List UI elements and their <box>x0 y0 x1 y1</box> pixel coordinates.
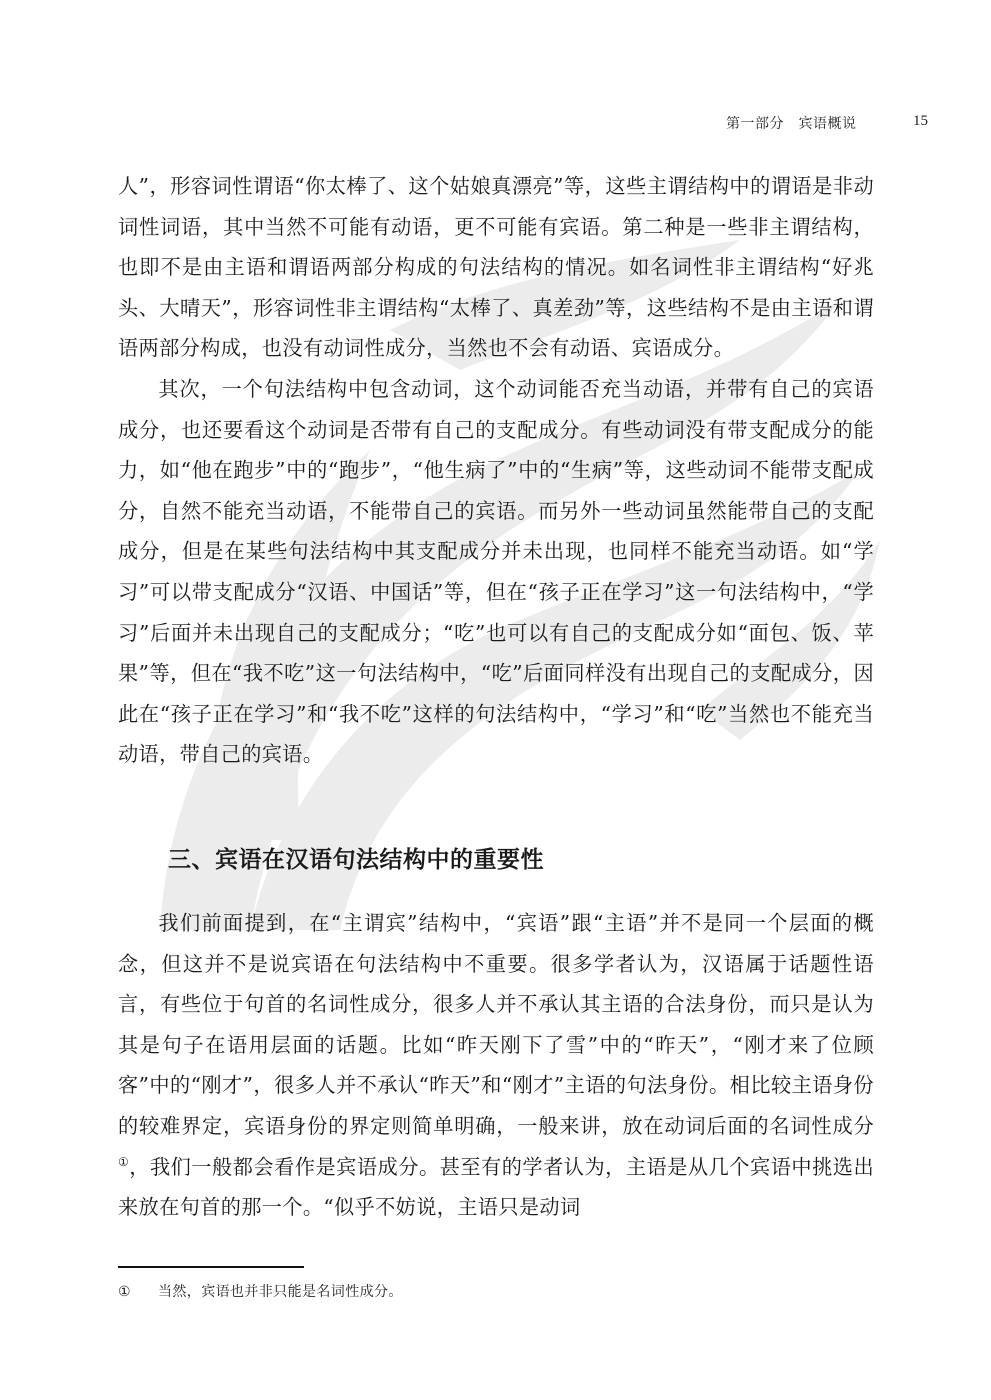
paragraph-text: ，我们一般都会看作是宾语成分。甚至有的学者认为，主语是从几个宾语中挑选出来放在句… <box>118 1155 874 1220</box>
paragraph-text: 我们前面提到，在“主谓宾”结构中，“宾语”跟“主语”并不是同一个层面的概念，但这… <box>118 911 874 1138</box>
paragraph: 人”，形容词性谓语“你太棒了、这个姑娘真漂亮”等，这些主谓结构中的谓语是非动词性… <box>118 166 874 369</box>
footnote-reference[interactable]: ① <box>118 1155 129 1169</box>
page-number: 15 <box>913 113 928 130</box>
running-header: 第一部分 宾语概说 15 <box>0 113 991 137</box>
footnote-mark: ① <box>118 1284 158 1300</box>
body-text-top: 人”，形容词性谓语“你太棒了、这个姑娘真漂亮”等，这些主谓结构中的谓语是非动词性… <box>118 166 874 775</box>
footnote: ①当然，宾语也并非只能是名词性成分。 <box>118 1281 403 1301</box>
footnote-text: 当然，宾语也并非只能是名词性成分。 <box>158 1284 403 1300</box>
footnote-divider <box>118 1266 304 1268</box>
body-text-bottom: 我们前面提到，在“主谓宾”结构中，“宾语”跟“主语”并不是同一个层面的概念，但这… <box>118 903 874 1228</box>
paragraph: 其次，一个句法结构中包含动词，这个动词能否充当动语，并带有自己的宾语成分，也还要… <box>118 369 874 775</box>
paragraph: 我们前面提到，在“主谓宾”结构中，“宾语”跟“主语”并不是同一个层面的概念，但这… <box>118 903 874 1228</box>
section-heading: 三、宾语在汉语句法结构中的重要性 <box>168 841 544 874</box>
header-section-title: 第一部分 宾语概说 <box>726 113 857 133</box>
